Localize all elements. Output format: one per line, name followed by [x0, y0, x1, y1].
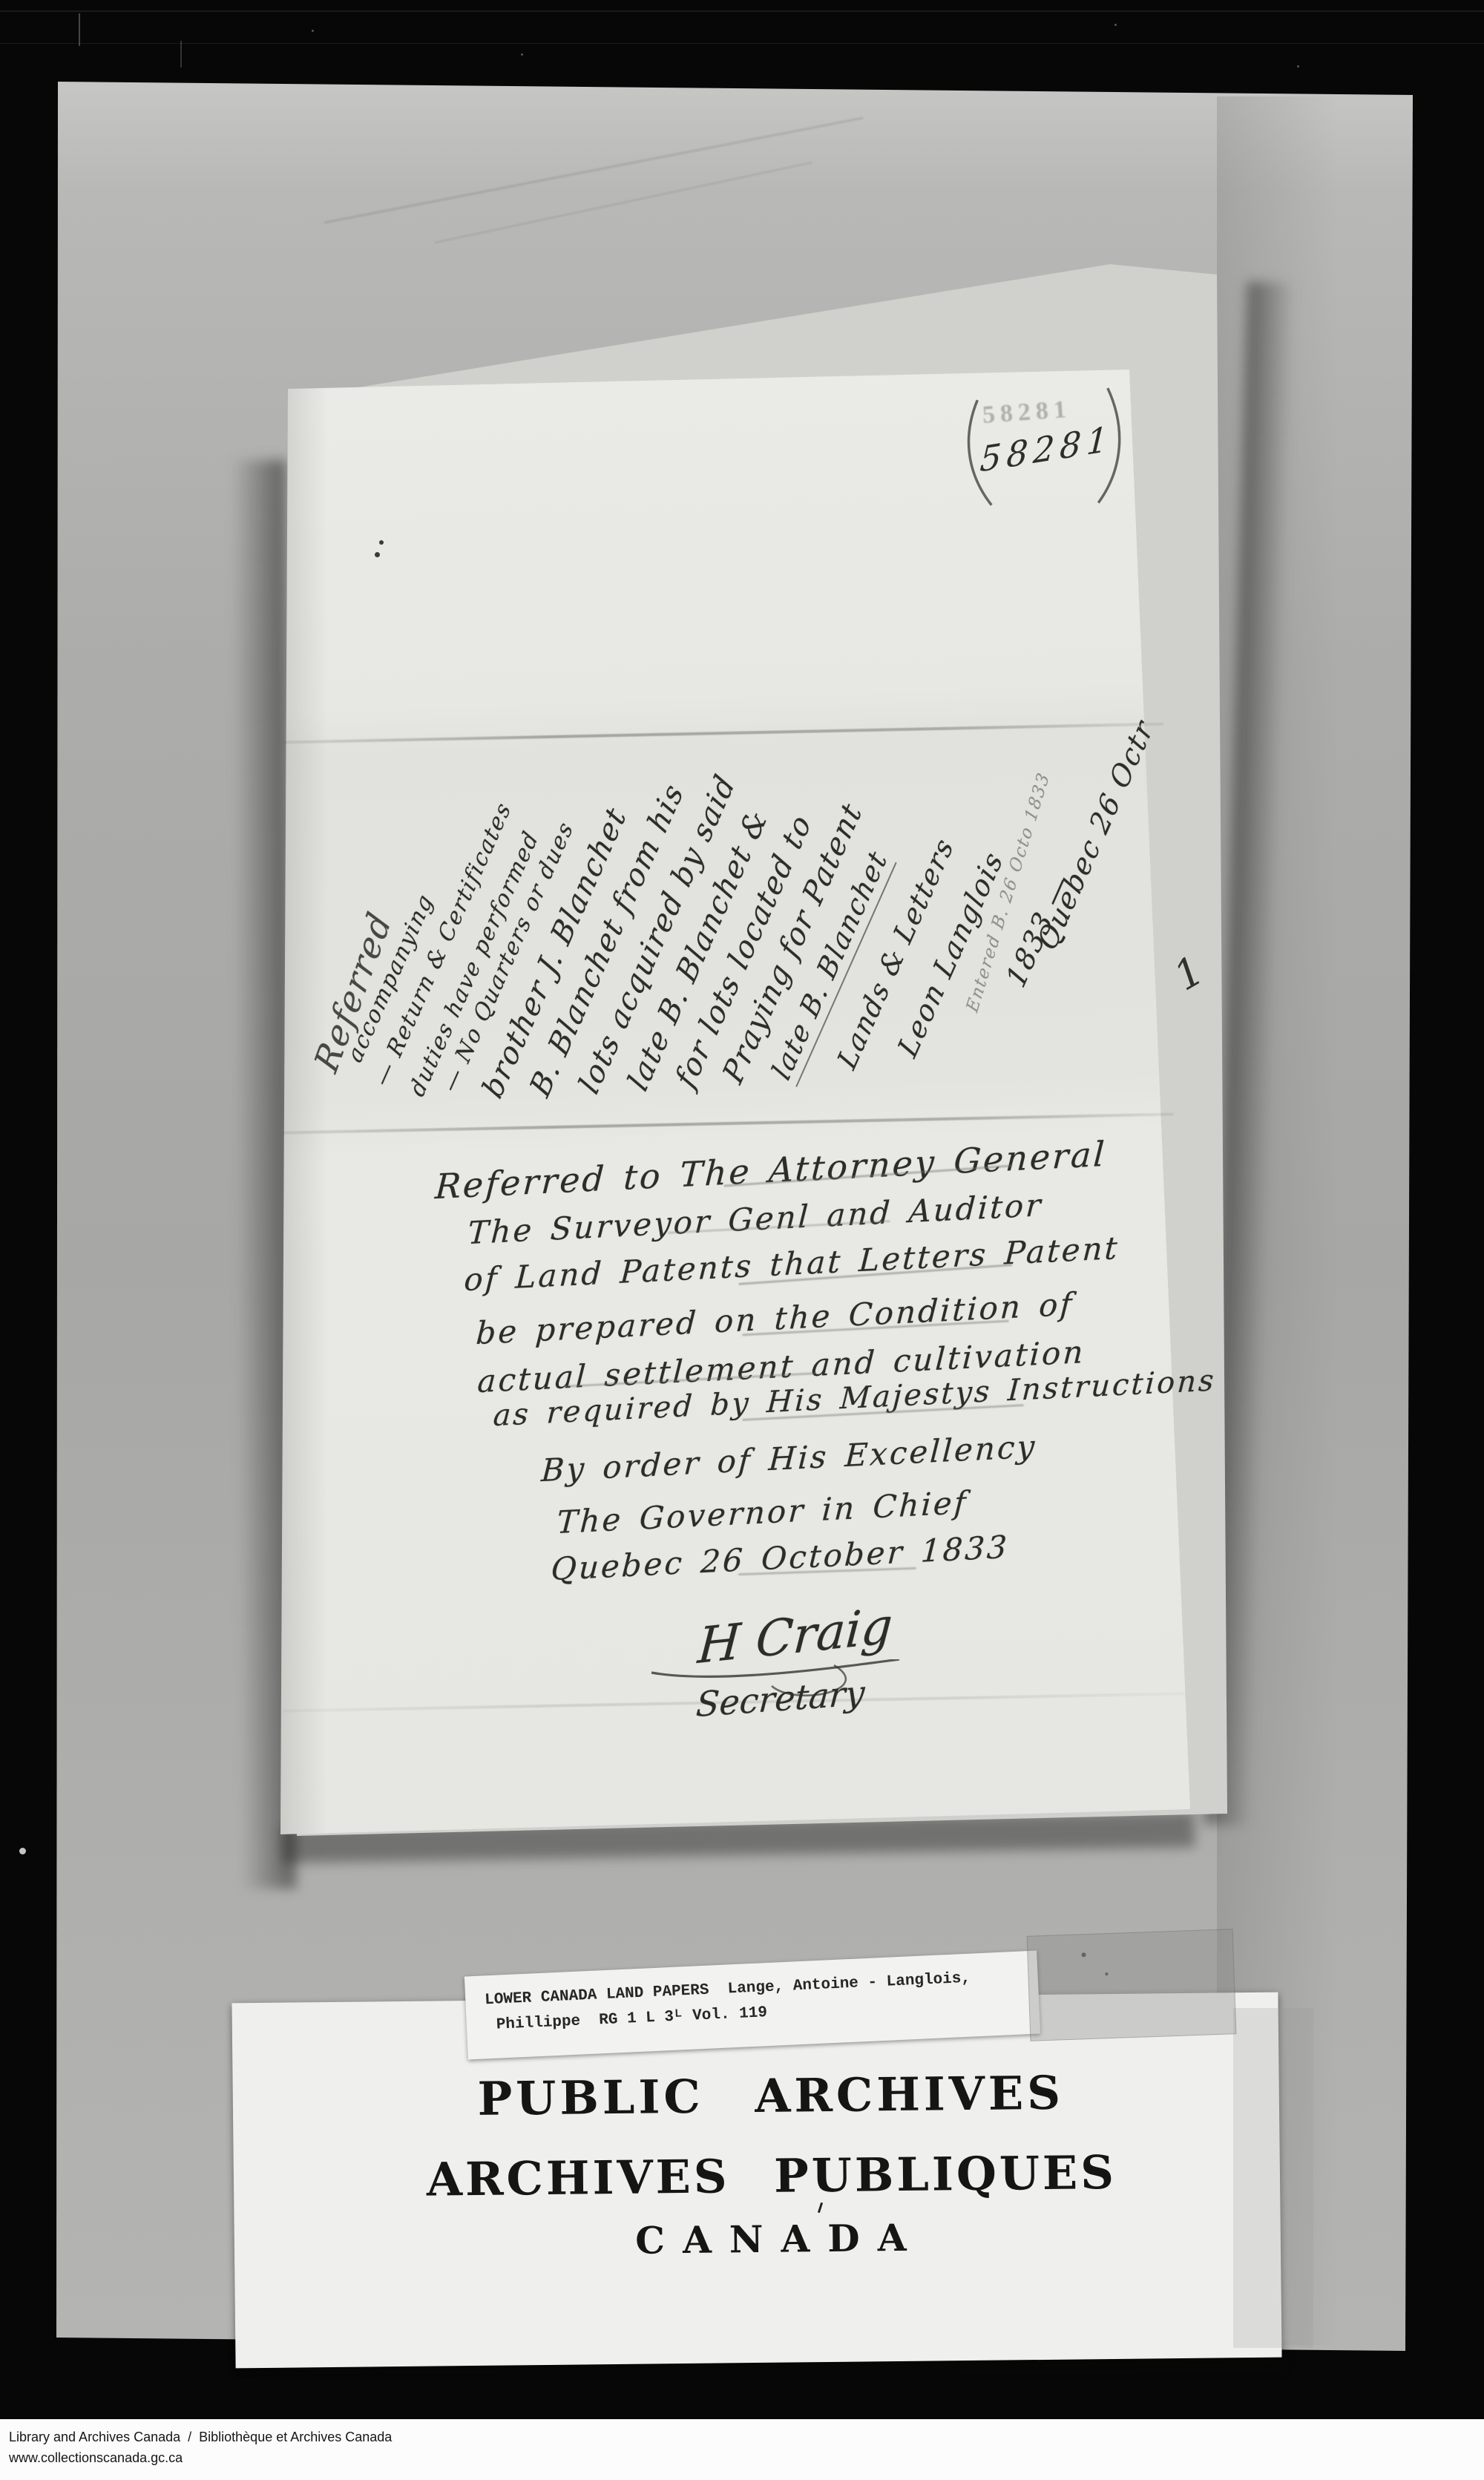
- card-overlay-sheet: [1233, 2008, 1313, 2348]
- typed-label-line2: Phillippe RG 1 L 3ᴸ Vol. 119: [496, 2004, 767, 2034]
- footer-bar: Library and Archives Canada / Bibliothèq…: [0, 2419, 1484, 2480]
- card-title-english: PUBLIC ARCHIVES: [232, 2063, 1294, 2128]
- footer-url: www.collectionscanada.gc.ca: [9, 2450, 183, 2466]
- card-title-country: CANADA: [234, 2211, 1304, 2266]
- ref-line: By order of His Excellency: [540, 1428, 1037, 1489]
- reference-card: PUBLIC ARCHIVES ARCHIVES PUBLIQUES CANAD…: [232, 1992, 1281, 2369]
- footer-institution: Library and Archives Canada / Bibliothèq…: [9, 2430, 392, 2445]
- tape: [1027, 1929, 1237, 2041]
- tape-speck: [1081, 1952, 1086, 1957]
- typed-label-line1: LOWER CANADA LAND PAPERS Lange, Antoine …: [485, 1970, 971, 2010]
- ref-line: The Governor in Chief: [556, 1484, 968, 1541]
- tape-speck: [1105, 1972, 1108, 1975]
- card-title-french: ARCHIVES PUBLIQUES: [234, 2143, 1296, 2208]
- archival-scan-page: 58281 58281 1 Quebec 26 Octr1833 —Entere…: [0, 0, 1484, 2480]
